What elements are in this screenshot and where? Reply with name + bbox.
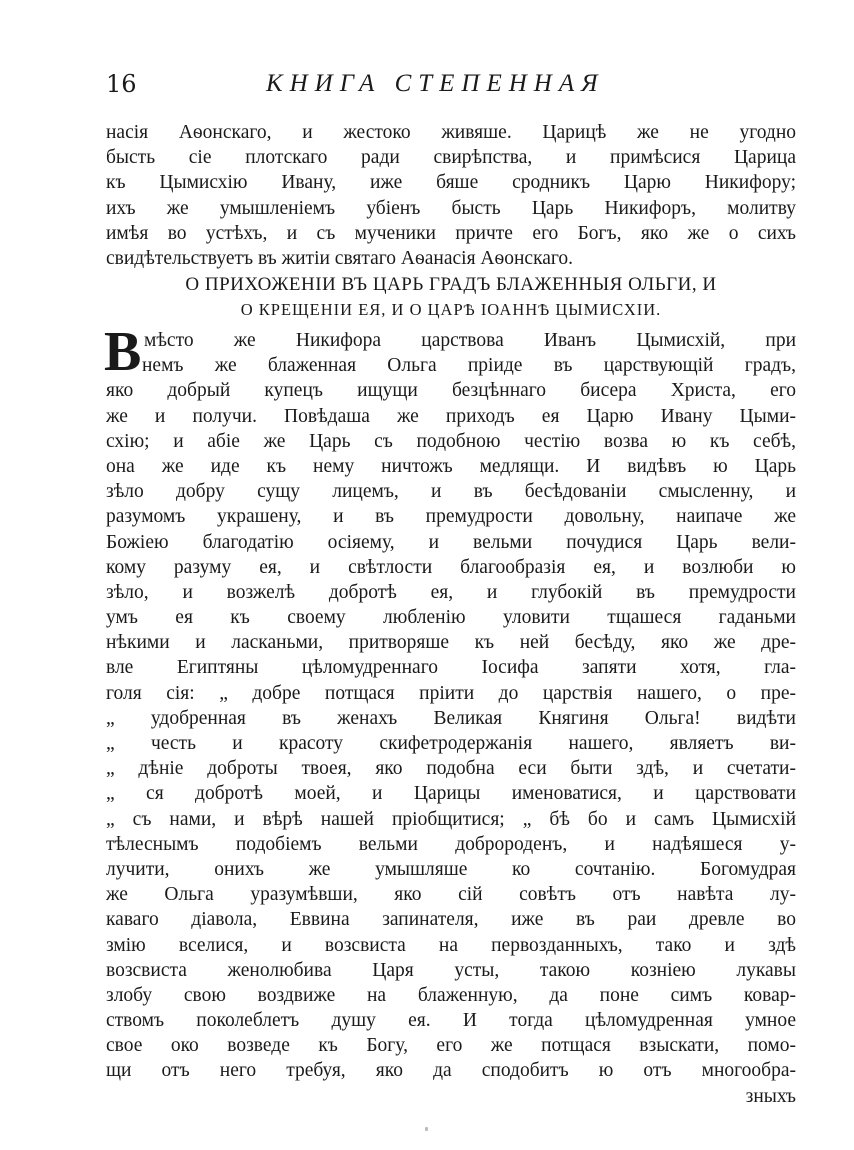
text-line: же и получи. Повѣдаша же приходъ ея Царю… — [106, 404, 796, 429]
text-line: мѣсто же Никифора царствова Иванъ Цымисх… — [106, 328, 796, 353]
text-line: нѣкими и ласканьми, притворяше къ ней бе… — [106, 630, 796, 655]
text-line: тѣлеснымъ подобіемъ вельми добророденъ, … — [106, 832, 796, 857]
text-line: каваго діавола, Еввина запинателя, иже в… — [106, 907, 796, 932]
text-line: она же иде къ нему ничтожъ медлящи. И ви… — [106, 454, 796, 479]
text-line: немъ же блаженная Ольга пріиде въ царств… — [106, 353, 796, 378]
text-line: кому разуму ея, и свѣтлости благообразія… — [106, 555, 796, 580]
ink-speck — [425, 1127, 428, 1131]
text-line: „ честь и красоту скифетродержанія нашег… — [106, 731, 796, 756]
text-line: голя сія: „ добре потщася пріити до царс… — [106, 681, 796, 706]
text-line: яко добрый купецъ ищущи безцѣннаго бисер… — [106, 378, 796, 403]
page-header: 16 КНИГА СТЕПЕННАЯ — [106, 70, 796, 104]
text-line: зѣло, и возжелѣ добротѣ ея, и глубокій в… — [106, 580, 796, 605]
text-line: „ съ нами, и вѣрѣ нашей пріобщитися; „ б… — [106, 807, 796, 832]
text-line: щи отъ него требуя, яко да сподобитъ ю о… — [106, 1058, 796, 1083]
text-line: лучити, онихъ же умышляше ко сочтанію. Б… — [106, 857, 796, 882]
text-line: „ ся добротѣ моей, и Царицы именоватися,… — [106, 781, 796, 806]
text-line: бысть сіе плотскаго ради свирѣпства, и п… — [106, 145, 796, 170]
text-line: змію вселися, и возсвиста на первозданны… — [106, 933, 796, 958]
section-heading-line-1: О ПРИХОЖЕНІИ ВЪ ЦАРЬ ГРАДЪ БЛАЖЕННЫЯ ОЛЬ… — [106, 272, 796, 298]
text-line: злобу свою воздвиже на блаженную, да пон… — [106, 983, 796, 1008]
text-line: возсвиста женолюбива Царя усты, такою ко… — [106, 958, 796, 983]
text-line: вле Египтяны цѣломудреннаго Іосифа запят… — [106, 655, 796, 680]
running-title: КНИГА СТЕПЕННАЯ — [266, 70, 605, 98]
text-line: ихъ же умышленіемъ убіенъ бысть Царь Ник… — [106, 196, 796, 221]
text-line: схію; и абіе же Царь съ подобною честію … — [106, 429, 796, 454]
text-line: къ Цымисхію Ивану, иже бяше сродникъ Цар… — [106, 170, 796, 195]
text-line: имѣя во устѣхъ, и съ мученики причте его… — [106, 221, 796, 246]
text-line: свое око возведе къ Богу, его же потщася… — [106, 1033, 796, 1058]
text-line: насія Аѳонскаго, и жестоко живяше. Цариц… — [106, 120, 796, 145]
text-line: свидѣтельствуетъ въ житіи святаго Аѳанас… — [106, 246, 796, 271]
section-heading: О ПРИХОЖЕНІИ ВЪ ЦАРЬ ГРАДЪ БЛАЖЕННЫЯ ОЛЬ… — [106, 272, 796, 322]
intro-paragraph: насія Аѳонскаго, и жестоко живяше. Цариц… — [106, 120, 796, 271]
text-line: же Ольга уразумѣвши, яко сій совѣтъ отъ … — [106, 882, 796, 907]
text-line: „ удобренная въ женахъ Великая Княгиня О… — [106, 706, 796, 731]
text-line: зѣло добру сущу лицемъ, и въ бесѣдованіи… — [106, 479, 796, 504]
text-line: разумомъ украшену, и въ премудрости дово… — [106, 504, 796, 529]
text-line: Божіею благодатію осіяему, и вельми почу… — [106, 530, 796, 555]
text-line: „ дѣніе доброты твоея, яко подобна еси б… — [106, 756, 796, 781]
text-line: умъ ея къ своему любленію уловити тщашес… — [106, 605, 796, 630]
catchword: зныхъ — [106, 1084, 796, 1109]
section-heading-line-2: О КРЕЩЕНІИ ЕЯ, И О ЦАРѢ ІОАННѢ ЦЫМИСХІИ. — [106, 298, 796, 322]
book-page: 16 КНИГА СТЕПЕННАЯ насія Аѳонскаго, и же… — [0, 0, 854, 1150]
main-paragraph: мѣсто же Никифора царствова Иванъ Цымисх… — [106, 328, 796, 1109]
page-number: 16 — [106, 70, 137, 98]
text-line: ствомъ поколеблетъ душу ея. И тогда цѣло… — [106, 1008, 796, 1033]
